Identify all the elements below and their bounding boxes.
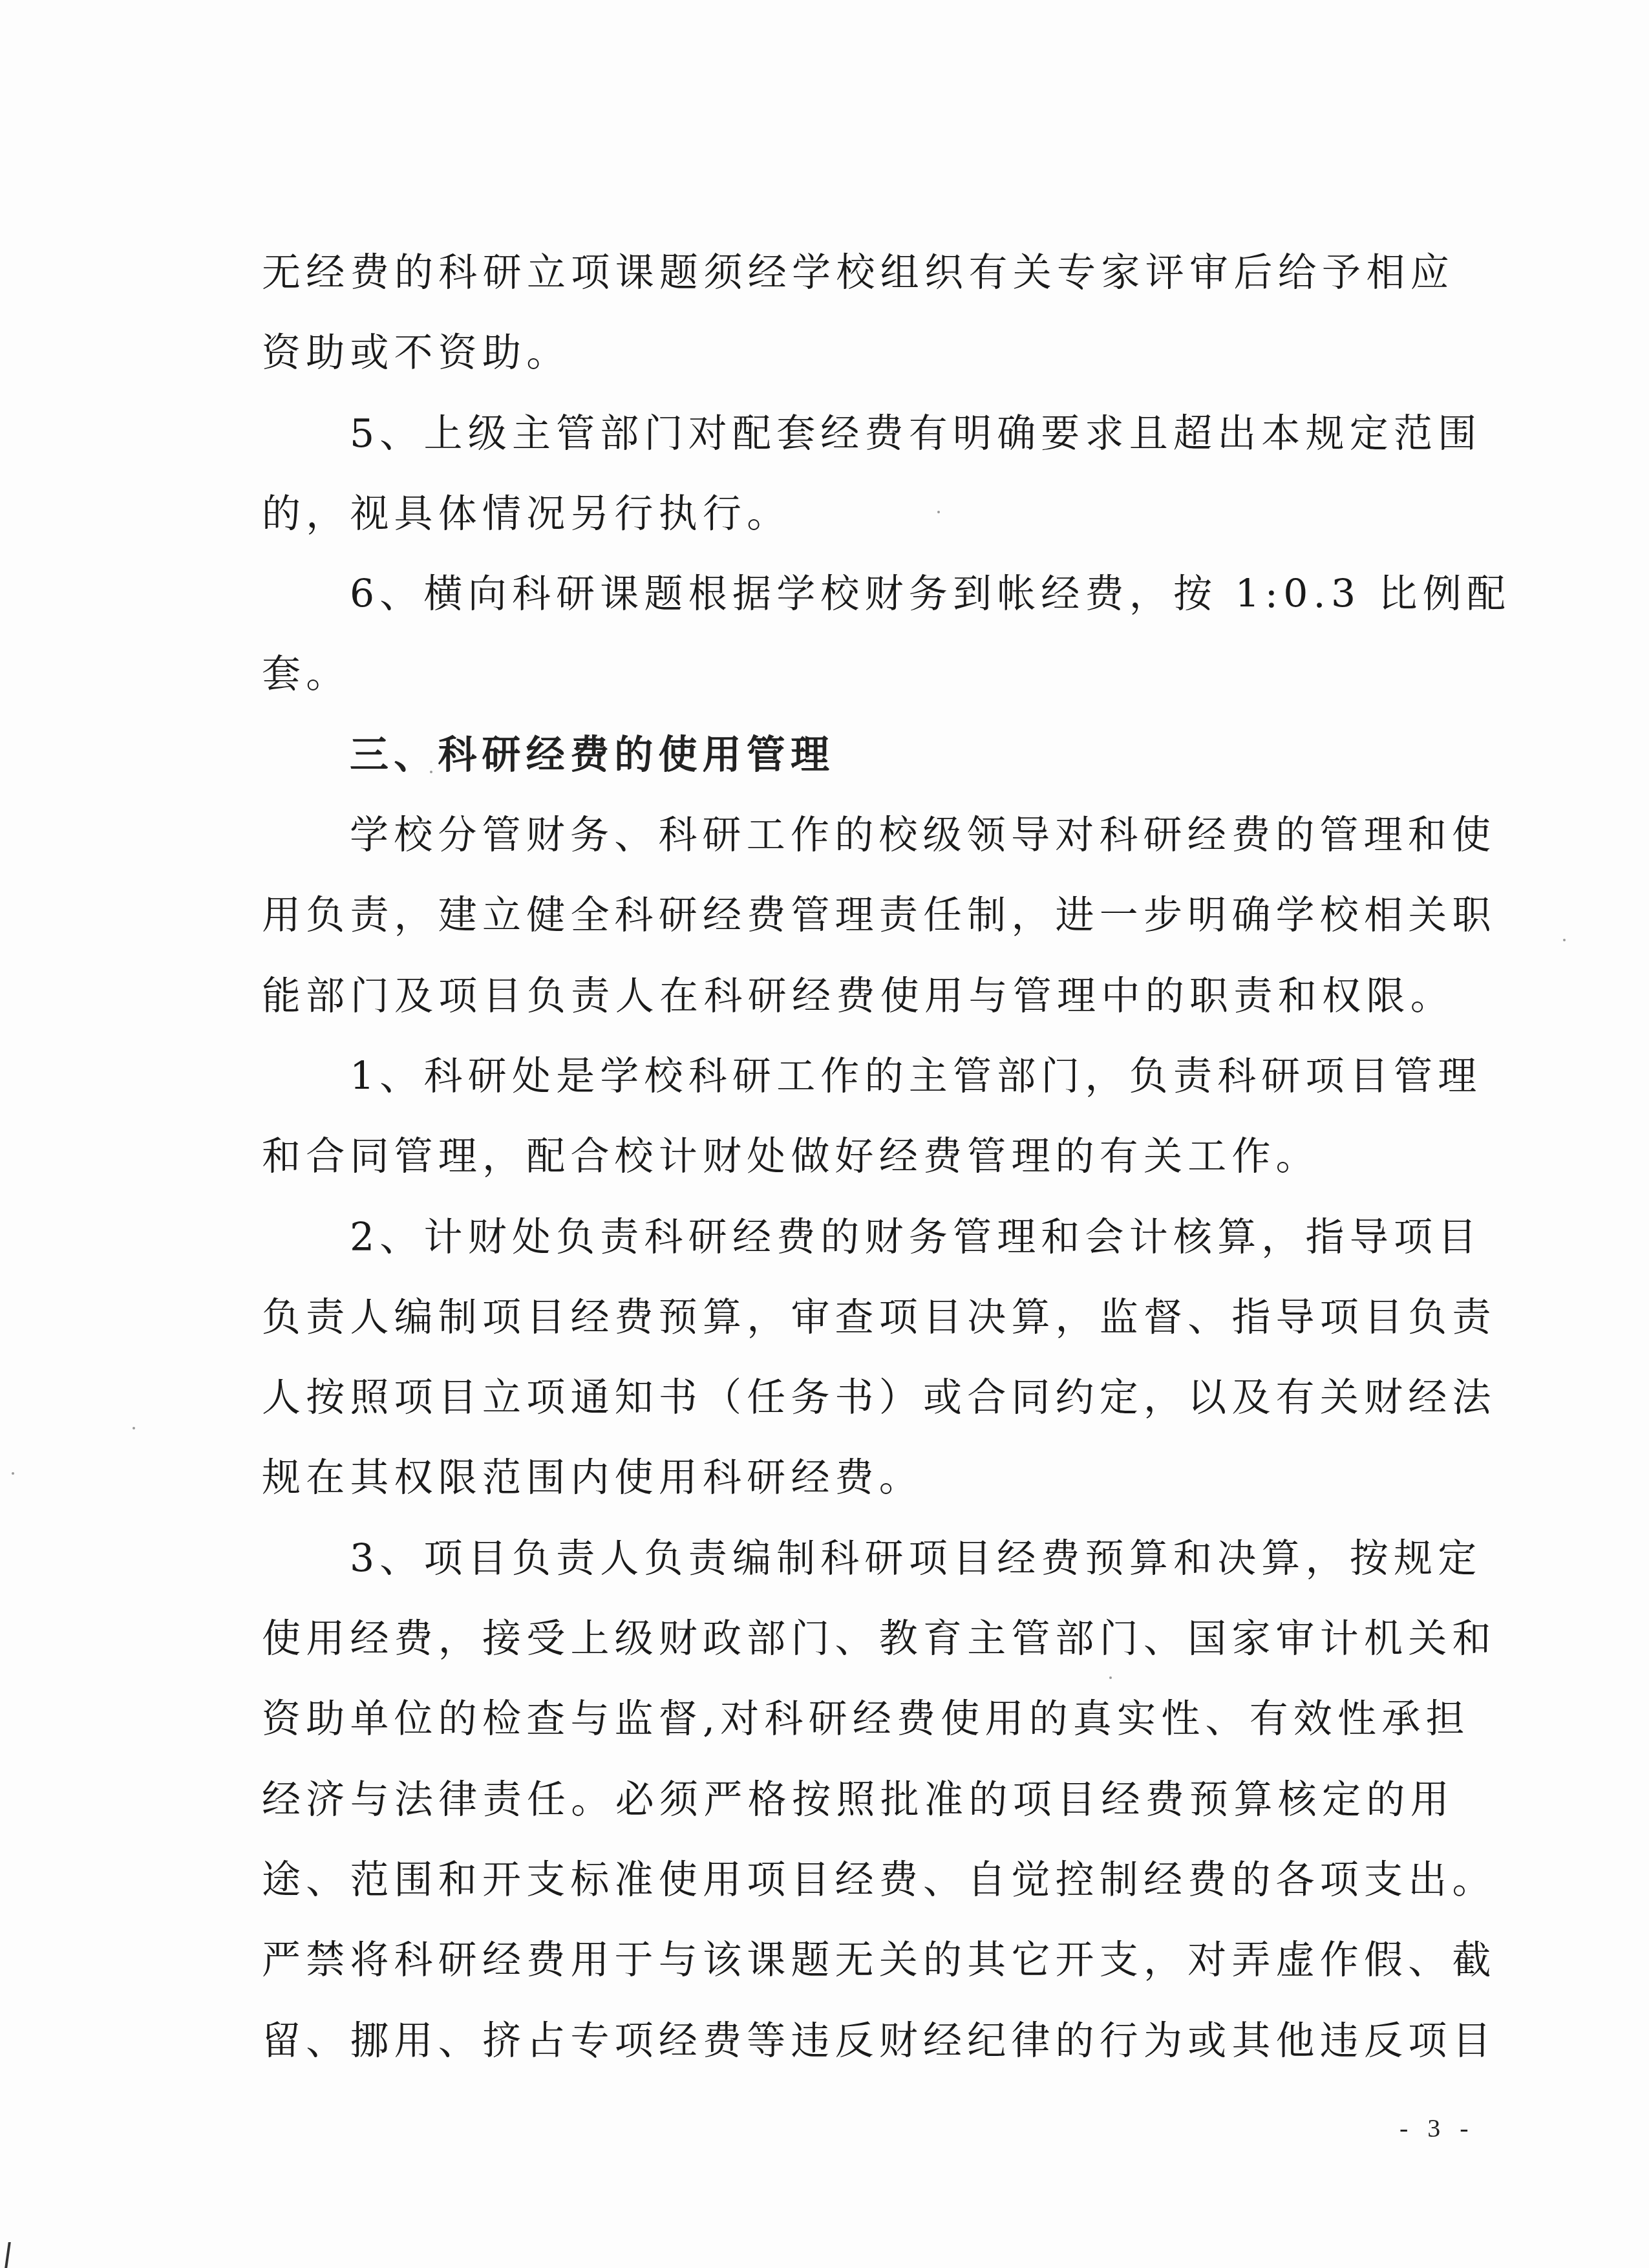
paragraph-line: 严禁将科研经费用于与该课题无关的其它开支，对弄虚作假、截 <box>262 1920 1454 2000</box>
paragraph-line: 和合同管理，配合校计财处做好经费管理的有关工作。 <box>262 1117 1454 1197</box>
scan-edge-artifact <box>5 2242 11 2268</box>
paragraph-line: 的，视具体情况另行执行。 <box>262 474 1454 554</box>
section-heading: 三、科研经费的使用管理 <box>262 715 1454 795</box>
list-item-6: 6、横向科研课题根据学校财务到帐经费，按 1:0.3 比例配 <box>262 554 1454 634</box>
list-item-3: 3、项目负责人负责编制科研项目经费预算和决算，按规定 <box>262 1519 1454 1599</box>
paragraph-line: 规在其权限范围内使用科研经费。 <box>262 1438 1454 1518</box>
paragraph-line: 资助或不资助。 <box>262 313 1454 393</box>
paragraph-line: 无经费的科研立项课题须经学校组织有关专家评审后给予相应 <box>262 233 1454 313</box>
document-body: 无经费的科研立项课题须经学校组织有关专家评审后给予相应 资助或不资助。 5、上级… <box>262 233 1454 2081</box>
paragraph-line: 资助单位的检查与监督,对科研经费使用的真实性、有效性承担 <box>262 1679 1454 1759</box>
scan-speck <box>12 1472 14 1475</box>
paragraph-line: 使用经费，接受上级财政部门、教育主管部门、国家审计机关和 <box>262 1599 1454 1679</box>
list-item-1: 1、科研处是学校科研工作的主管部门，负责科研项目管理 <box>262 1036 1454 1117</box>
paragraph-line: 人按照项目立项通知书（任务书）或合同约定，以及有关财经法 <box>262 1358 1454 1438</box>
scan-speck <box>1563 939 1566 941</box>
list-item-2: 2、计财处负责科研经费的财务管理和会计核算，指导项目 <box>262 1197 1454 1278</box>
paragraph-line: 套。 <box>262 634 1454 714</box>
paragraph-line: 途、范围和开支标准使用项目经费、自觉控制经费的各项支出。 <box>262 1840 1454 1920</box>
page-number: - 3 - <box>1399 2113 1475 2143</box>
scan-speck <box>133 1427 135 1429</box>
paragraph-line: 用负责，建立健全科研经费管理责任制，进一步明确学校相关职 <box>262 875 1454 956</box>
scanned-page: 无经费的科研立项课题须经学校组织有关专家评审后给予相应 资助或不资助。 5、上级… <box>0 0 1649 2268</box>
scan-speck <box>1109 1676 1112 1679</box>
scan-speck <box>937 511 940 513</box>
paragraph-line: 经济与法律责任。必须严格按照批准的项目经费预算核定的用 <box>262 1760 1454 1840</box>
scan-speck <box>430 771 432 773</box>
paragraph-line: 能部门及项目负责人在科研经费使用与管理中的职责和权限。 <box>262 956 1454 1036</box>
list-item-5: 5、上级主管部门对配套经费有明确要求且超出本规定范围 <box>262 394 1454 474</box>
paragraph-line: 留、挪用、挤占专项经费等违反财经纪律的行为或其他违反项目 <box>262 2001 1454 2081</box>
paragraph-line: 学校分管财务、科研工作的校级领导对科研经费的管理和使 <box>262 795 1454 875</box>
paragraph-line: 负责人编制项目经费预算，审查项目决算，监督、指导项目负责 <box>262 1278 1454 1358</box>
